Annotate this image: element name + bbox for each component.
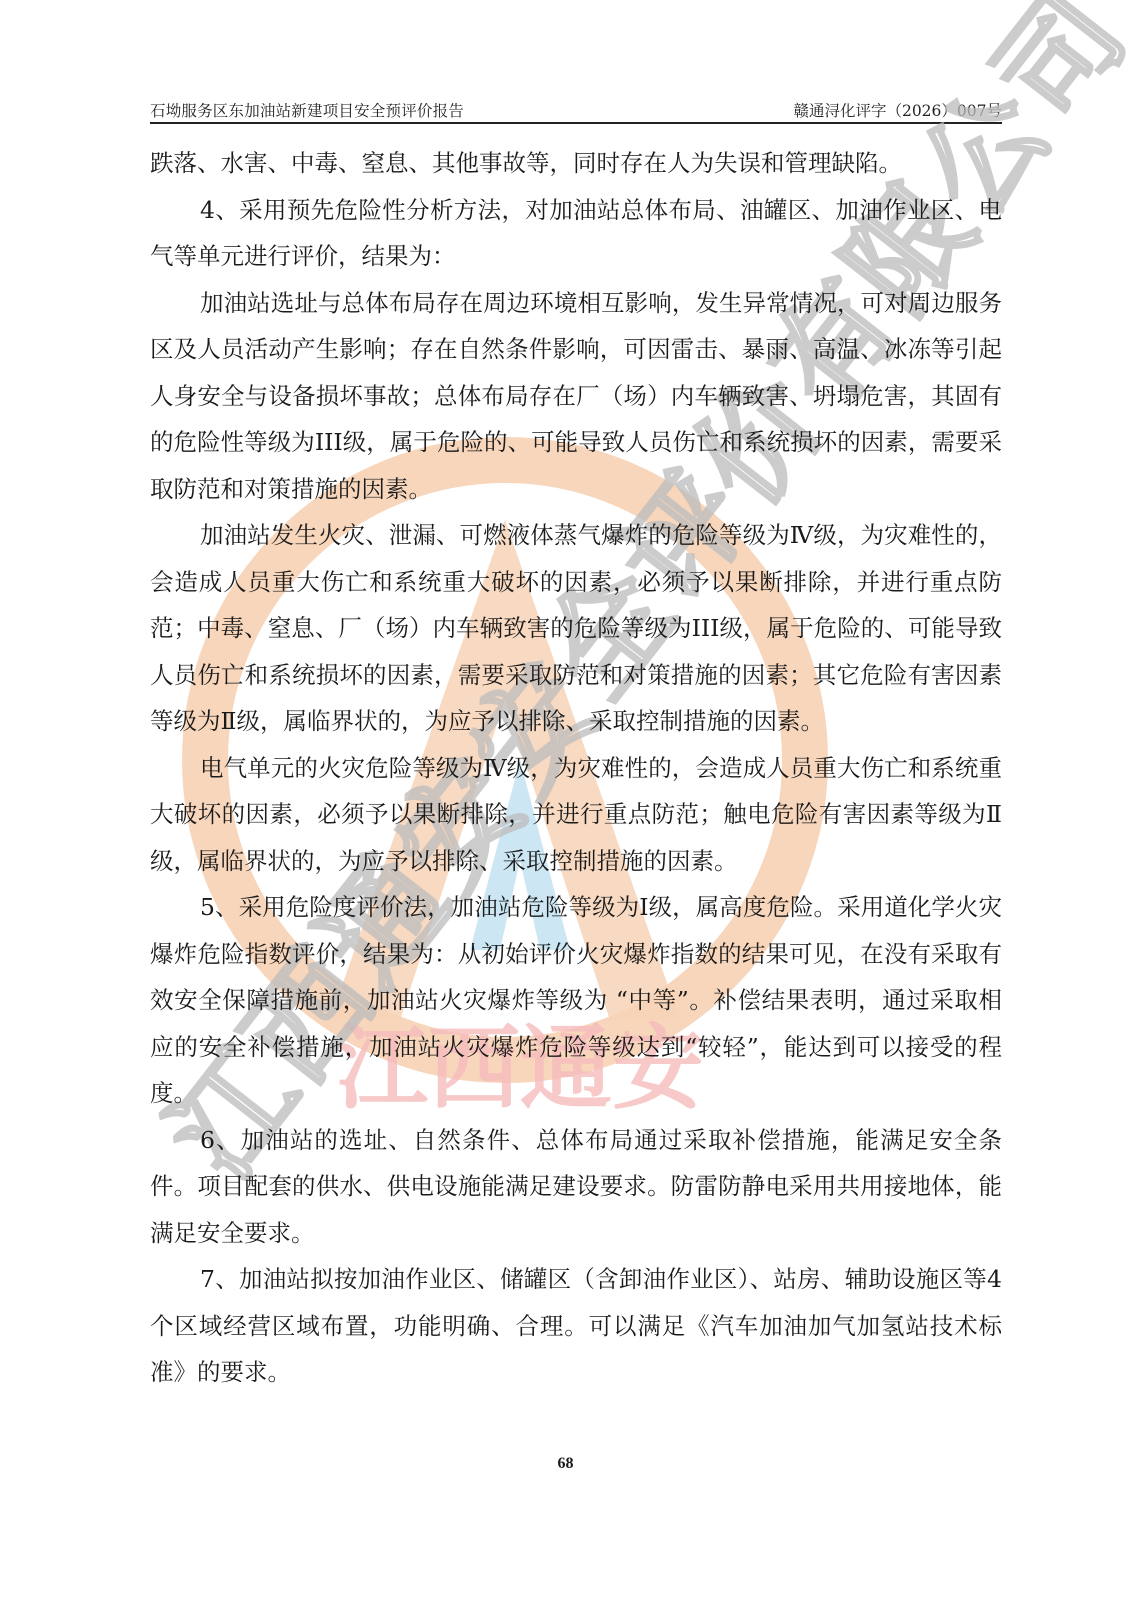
page-header: 石坳服务区东加油站新建项目安全预评价报告 赣通浔化评字（2026）007号: [150, 98, 1002, 124]
document-body: 跌落、水害、中毒、窒息、其他事故等，同时存在人为失误和管理缺陷。 4、采用预先危…: [150, 140, 1002, 1396]
paragraph: 6、加油站的选址、自然条件、总体布局通过采取补偿措施，能满足安全条件。项目配套的…: [150, 1117, 1002, 1257]
paragraph: 加油站发生火灾、泄漏、可燃液体蒸气爆炸的危险等级为Ⅳ级，为灾难性的，会造成人员重…: [150, 512, 1002, 745]
paragraph: 5、采用危险度评价法，加油站危险等级为Ⅰ级，属高度危险。采用道化学火灾爆炸危险指…: [150, 884, 1002, 1117]
paragraph: 7、加油站拟按加油作业区、储罐区（含卸油作业区）、站房、辅助设施区等4个区域经营…: [150, 1256, 1002, 1396]
document-number: 赣通浔化评字（2026）007号: [793, 99, 1002, 121]
paragraph: 加油站选址与总体布局存在周边环境相互影响，发生异常情况，可对周边服务区及人员活动…: [150, 280, 1002, 513]
report-title: 石坳服务区东加油站新建项目安全预评价报告: [150, 99, 464, 121]
page-number: 68: [0, 1455, 1131, 1473]
document-page: 石坳服务区东加油站新建项目安全预评价报告 赣通浔化评字（2026）007号 江西…: [0, 0, 1131, 1600]
paragraph: 跌落、水害、中毒、窒息、其他事故等，同时存在人为失误和管理缺陷。: [150, 140, 1002, 187]
paragraph: 电气单元的火灾危险等级为Ⅳ级，为灾难性的，会造成人员重大伤亡和系统重大破坏的因素…: [150, 745, 1002, 885]
paragraph: 4、采用预先危险性分析方法，对加油站总体布局、油罐区、加油作业区、电气等单元进行…: [150, 187, 1002, 280]
